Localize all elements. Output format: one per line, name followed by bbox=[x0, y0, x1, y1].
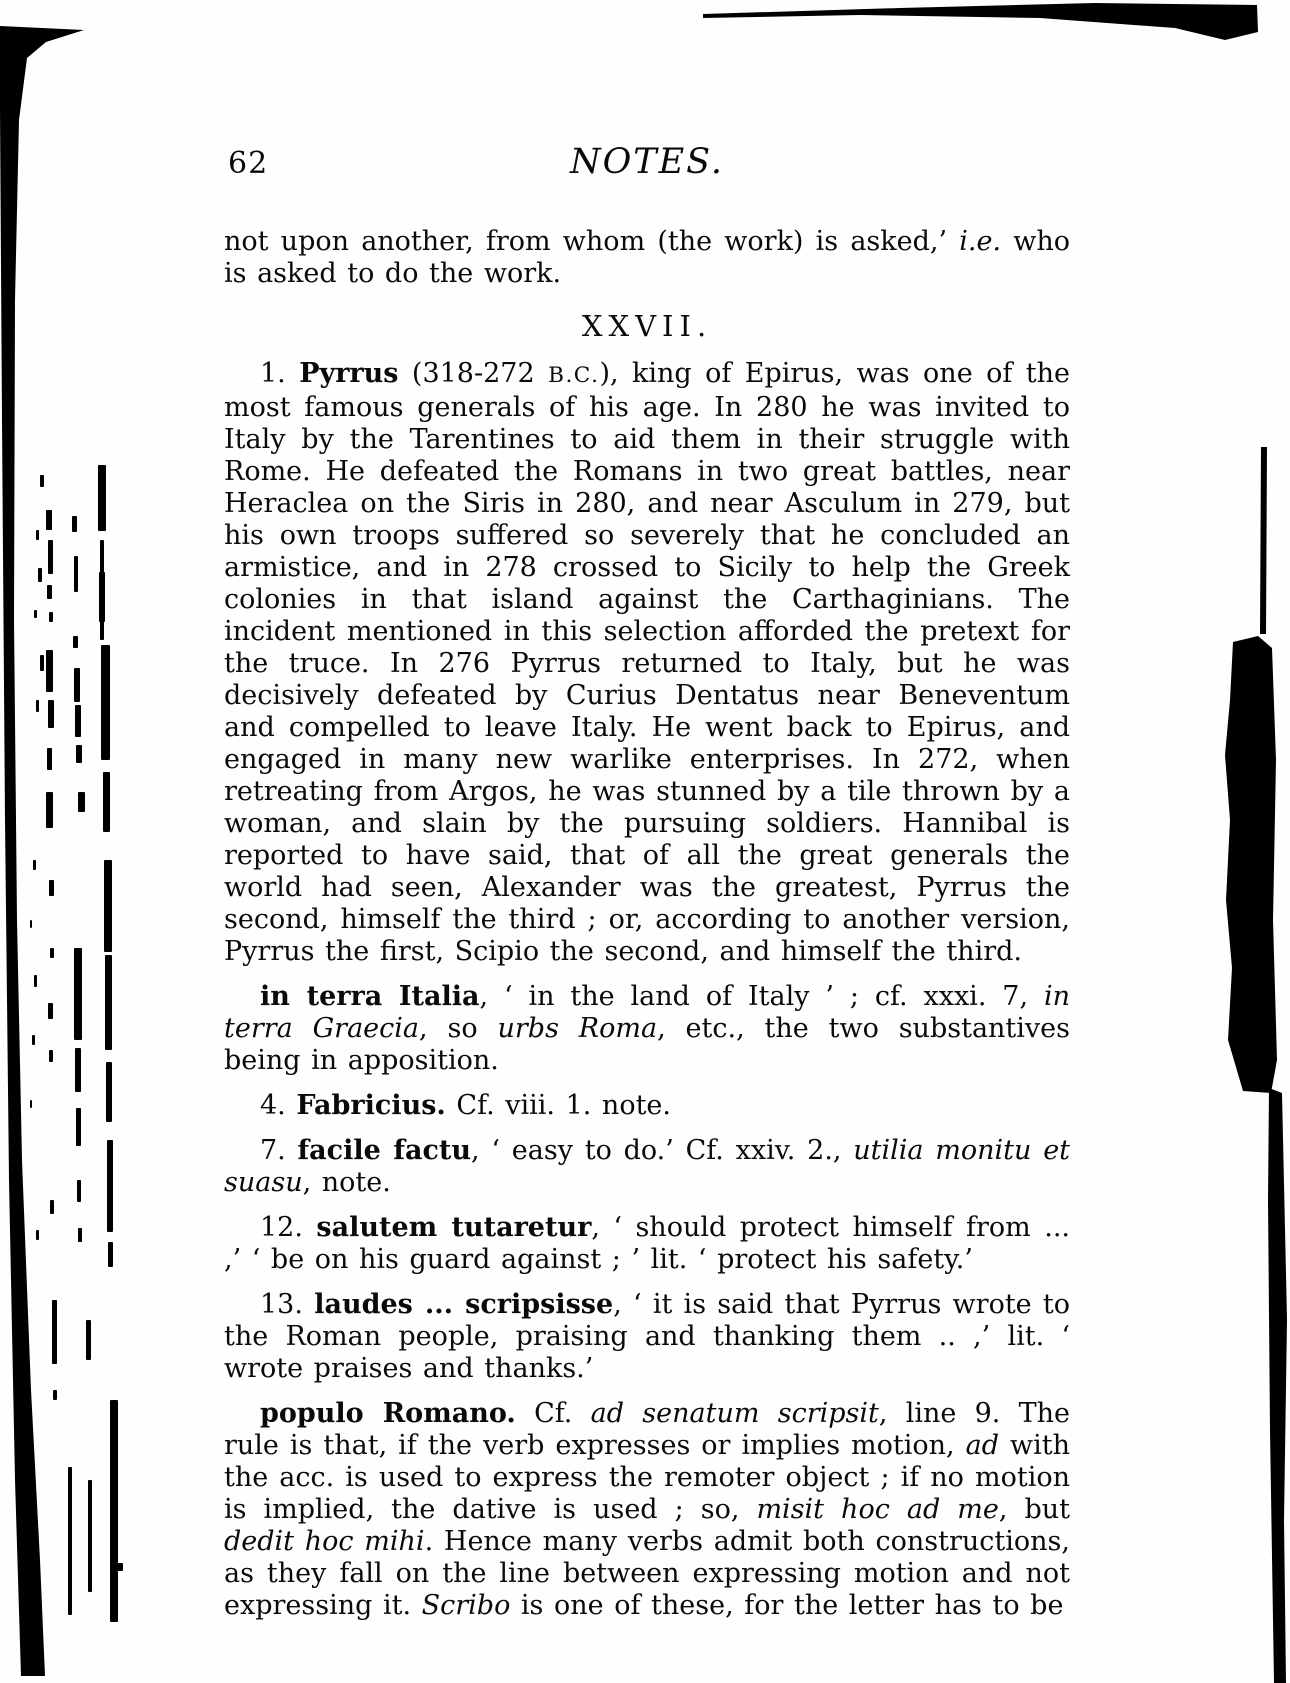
text-run: , note. bbox=[303, 1167, 391, 1198]
scan-speckle-icon bbox=[76, 1108, 81, 1146]
scan-speckle-icon bbox=[86, 1320, 91, 1360]
scan-speckle-icon bbox=[72, 516, 77, 532]
scan-speckle-icon bbox=[78, 792, 85, 812]
scan-speckle-icon bbox=[74, 948, 82, 1040]
scan-speckle-icon bbox=[46, 510, 52, 530]
text-run: , so bbox=[419, 1013, 497, 1044]
scan-speckle-icon bbox=[73, 636, 78, 648]
scan-speckle-icon bbox=[78, 1228, 82, 1242]
scan-speckle-icon bbox=[108, 1242, 113, 1267]
text-run: Scribo bbox=[422, 1590, 511, 1621]
scan-speckle-icon bbox=[115, 1563, 123, 1571]
scan-speckle-icon bbox=[101, 645, 110, 760]
scan-speckle-icon bbox=[48, 1003, 53, 1019]
text-run: populo Romano. bbox=[260, 1398, 516, 1429]
text-run: i.e. bbox=[959, 226, 1001, 257]
scan-speckle-icon bbox=[50, 948, 54, 958]
scan-speckle-icon bbox=[46, 650, 53, 692]
text-run: Pyrrus bbox=[299, 358, 398, 389]
scan-speckle-icon bbox=[106, 1062, 112, 1122]
scan-speckle-icon bbox=[30, 920, 32, 928]
scan-speckle-icon bbox=[50, 1200, 54, 1214]
note-paragraph: populo Romano. Cf. ad senatum scripsit, … bbox=[224, 1398, 1070, 1622]
scan-speckle-icon bbox=[98, 465, 106, 531]
note-paragraph: in terra Italia, ‘ in the land of Italy … bbox=[224, 981, 1070, 1077]
text-run: laudes ... scripsisse bbox=[314, 1289, 613, 1320]
text-run: , ‘ easy to do.’ Cf. xxiv. 2., bbox=[471, 1135, 853, 1166]
scan-speckle-icon bbox=[103, 772, 110, 832]
scan-speckle-icon bbox=[34, 610, 37, 618]
scan-speckle-icon bbox=[36, 1230, 39, 1240]
text-run: Fabricius. bbox=[296, 1090, 445, 1121]
text-run: urbs Roma bbox=[497, 1013, 657, 1044]
scan-speckle-icon bbox=[107, 1140, 113, 1232]
section-heading: XXVII. bbox=[224, 310, 1070, 342]
scan-speckle-icon bbox=[52, 1300, 57, 1364]
text-run: ), king of Epirus, was one of the most f… bbox=[224, 358, 1070, 967]
text-run: 13. bbox=[260, 1289, 314, 1320]
text-run: , ‘ in the land of Italy ’ ; cf. xxxi. 7… bbox=[480, 981, 1044, 1012]
text-run: ad bbox=[966, 1430, 999, 1461]
scan-speckle-icon bbox=[74, 556, 78, 592]
note-paragraph: 7. facile factu, ‘ easy to do.’ Cf. xxiv… bbox=[224, 1135, 1070, 1199]
text-run: , but bbox=[999, 1494, 1070, 1525]
scan-line-right-icon bbox=[1260, 447, 1267, 634]
text-run: 7. bbox=[260, 1135, 298, 1166]
page-header: 62 NOTES. bbox=[224, 142, 1070, 188]
scan-speckle-icon bbox=[48, 700, 54, 728]
scan-speckle-icon bbox=[68, 1467, 72, 1615]
text-run: dedit hoc mihi bbox=[224, 1526, 425, 1557]
text-run: 4. bbox=[260, 1090, 296, 1121]
scan-speckle-icon bbox=[99, 572, 105, 622]
scan-speckle-icon bbox=[110, 1400, 118, 1622]
text-run: B.C. bbox=[548, 363, 599, 388]
scan-speckle-icon bbox=[32, 1035, 35, 1045]
text-body: not upon another, from whom (the work) i… bbox=[224, 226, 1070, 1622]
text-run: misit hoc ad me bbox=[756, 1494, 998, 1525]
scan-speckle-icon bbox=[49, 880, 54, 896]
scan-speckle-icon bbox=[40, 475, 44, 487]
scan-speckle-icon bbox=[40, 655, 44, 671]
note-paragraph: 1. Pyrrus (318-272 B.C.), king of Epirus… bbox=[224, 358, 1070, 968]
scan-speckle-icon bbox=[75, 705, 81, 737]
note-paragraph: 13. laudes ... scripsisse, ‘ it is said … bbox=[224, 1289, 1070, 1385]
text-run: facile factu bbox=[298, 1135, 472, 1166]
scan-speckle-icon bbox=[36, 700, 39, 712]
scan-speckle-icon bbox=[75, 1048, 81, 1092]
text-run: (318-272 bbox=[398, 358, 548, 389]
text-run: salutem tutaretur bbox=[316, 1212, 591, 1243]
scan-speckle-icon bbox=[77, 1180, 81, 1202]
text-column: 62 NOTES. not upon another, from whom (t… bbox=[224, 142, 1070, 1622]
scan-speckle-icon bbox=[47, 585, 52, 599]
scan-speckle-icon bbox=[49, 1050, 53, 1062]
scan-speckle-icon bbox=[36, 530, 39, 540]
text-run: 1. bbox=[260, 358, 299, 389]
scan-speckle-icon bbox=[74, 668, 80, 702]
running-title: NOTES. bbox=[224, 142, 1070, 182]
scan-speckle-icon bbox=[38, 568, 42, 582]
note-paragraph: 4. Fabricius. Cf. viii. 1. note. bbox=[224, 1090, 1070, 1122]
scan-speckle-icon bbox=[88, 1480, 92, 1592]
scan-bar-top-right-icon bbox=[703, 3, 1258, 40]
scan-blob-right-icon bbox=[1225, 636, 1277, 1093]
scanned-book-page: 62 NOTES. not upon another, from whom (t… bbox=[0, 0, 1290, 1683]
scan-speckle-icon bbox=[47, 748, 52, 770]
note-paragraph: 12. salutem tutaretur, ‘ should protect … bbox=[224, 1212, 1070, 1276]
text-run: Cf. bbox=[516, 1398, 591, 1429]
scan-speckle-icon bbox=[76, 745, 82, 763]
scan-speckle-icon bbox=[34, 975, 37, 987]
text-run: is one of these, for the letter has to b… bbox=[510, 1590, 1063, 1621]
intro-paragraph: not upon another, from whom (the work) i… bbox=[224, 226, 1070, 290]
scan-speckle-icon bbox=[105, 955, 112, 1050]
scan-speckle-icon bbox=[48, 540, 53, 574]
scan-speckle-icon bbox=[28, 1440, 31, 1452]
scan-bar-right-icon bbox=[1268, 1088, 1287, 1683]
scan-speckle-icon bbox=[104, 860, 112, 952]
text-run: 12. bbox=[260, 1212, 316, 1243]
text-run: not upon another, from whom (the work) i… bbox=[224, 226, 959, 257]
scan-speckle-icon bbox=[53, 1390, 57, 1400]
scan-speckle-icon bbox=[30, 1480, 33, 1490]
binding-shadow-left-icon bbox=[0, 26, 84, 1676]
text-run: Cf. viii. 1. note. bbox=[446, 1090, 671, 1121]
notes-container: 1. Pyrrus (318-272 B.C.), king of Epirus… bbox=[224, 358, 1070, 1622]
text-run: ad senatum scripsit bbox=[591, 1398, 879, 1429]
scan-speckle-icon bbox=[30, 1100, 32, 1108]
scan-speckle-icon bbox=[49, 612, 53, 622]
text-run: in terra Italia bbox=[260, 981, 480, 1012]
scan-speckle-icon bbox=[33, 860, 36, 870]
scan-speckle-icon bbox=[46, 792, 53, 828]
